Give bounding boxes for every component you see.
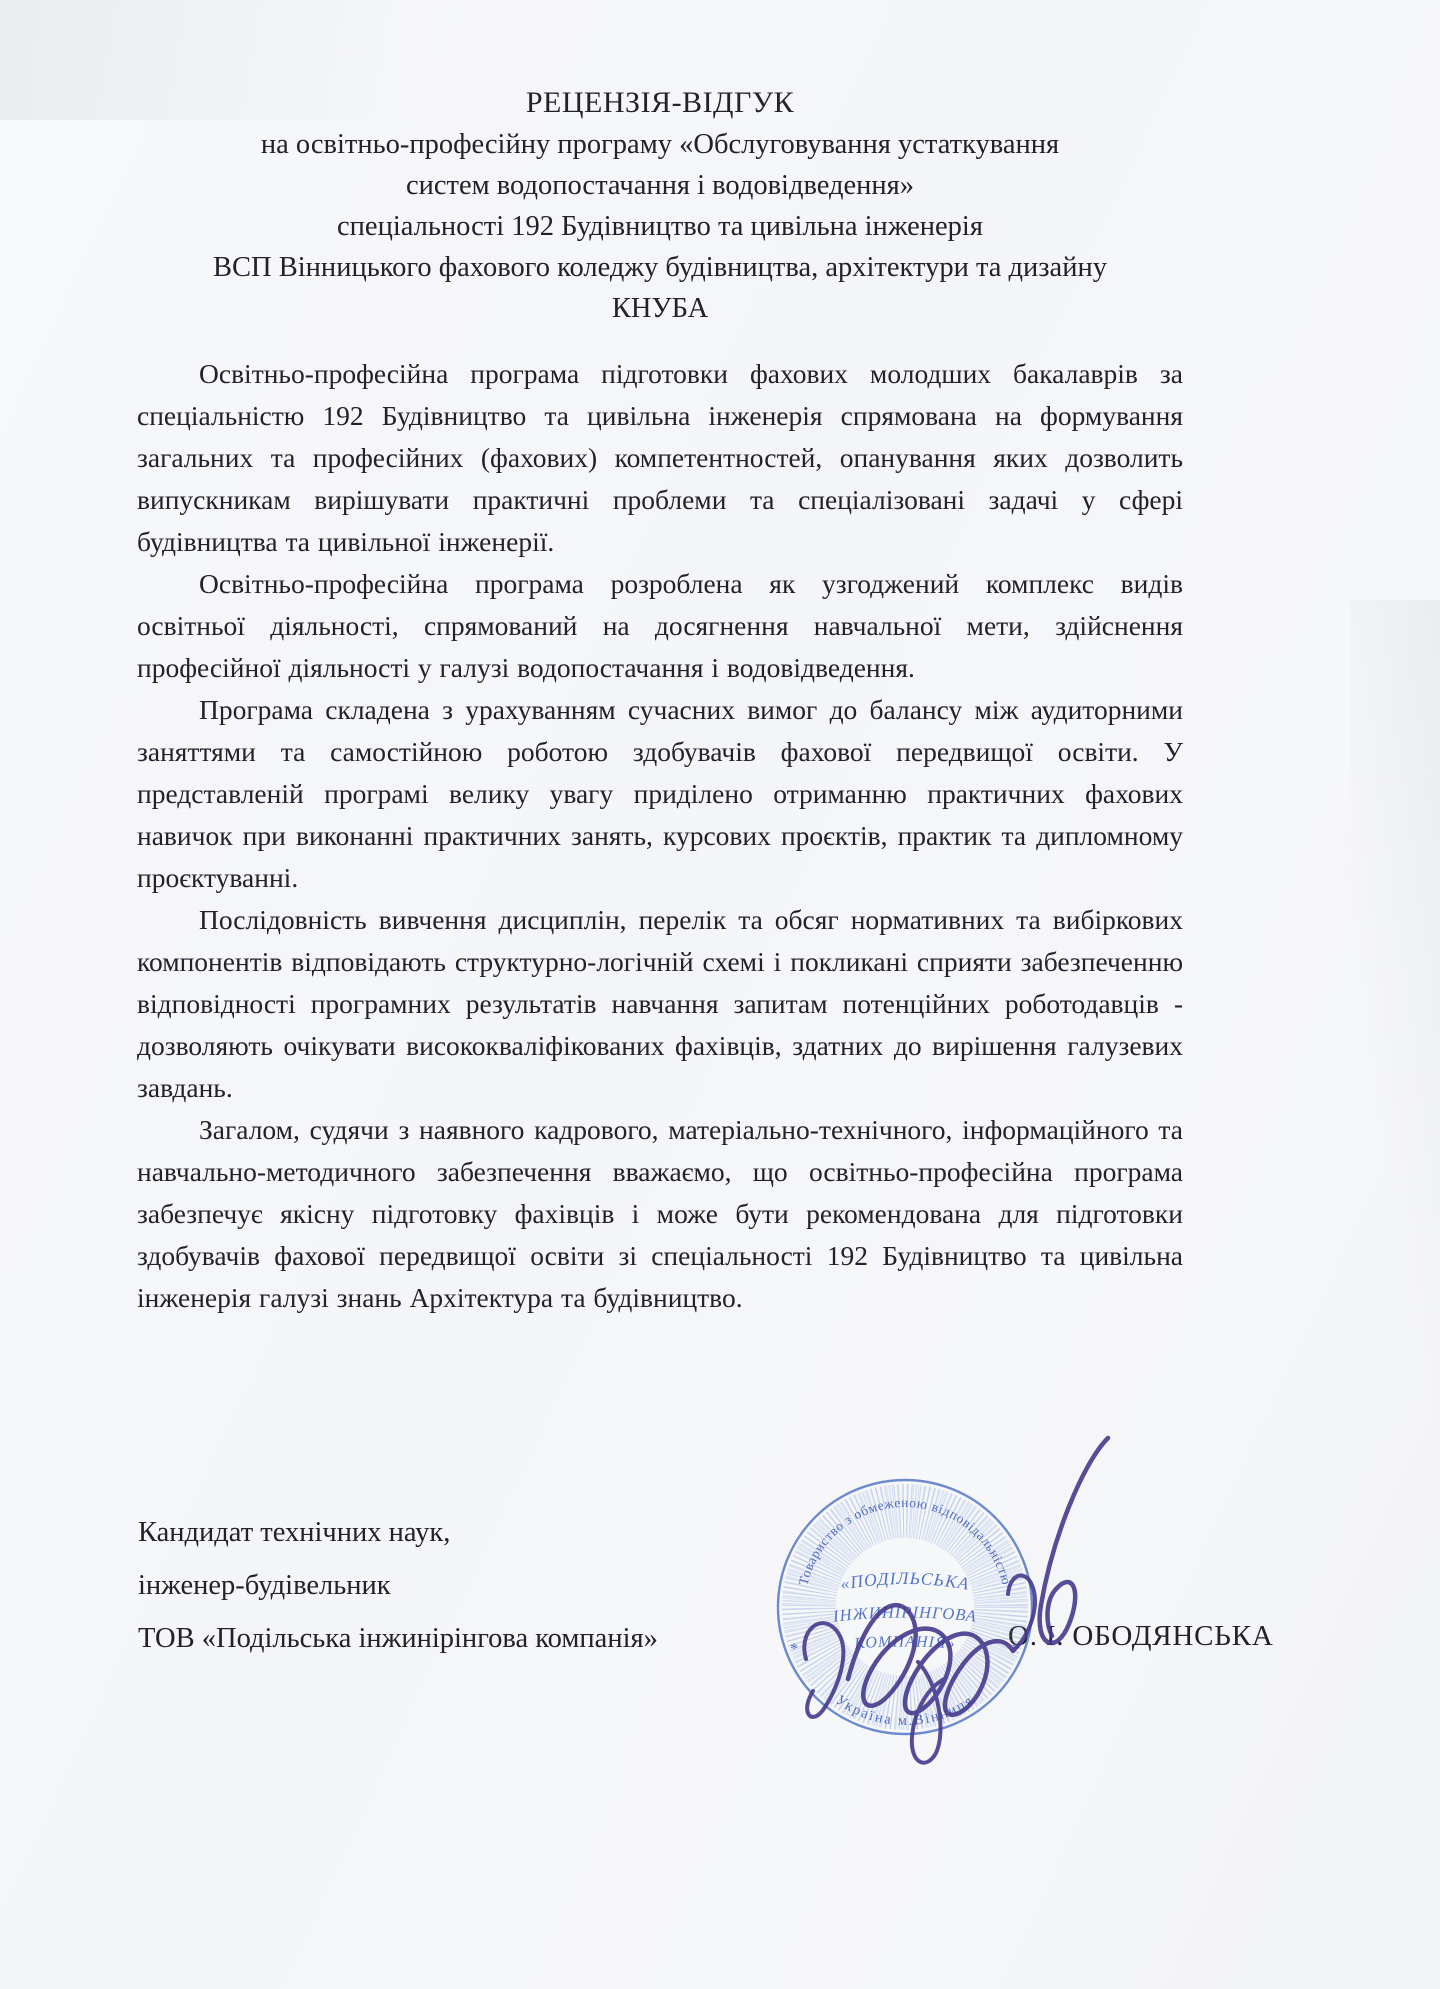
- subtitle-line-2: систем водопостачання і водовідведення»: [137, 165, 1183, 206]
- stamp-center-line-3: КОМПАНІЯ»: [853, 1633, 956, 1652]
- document-body: Освітньо-професійна програма підготовки …: [137, 353, 1183, 1319]
- document-title: РЕЦЕНЗІЯ-ВІДГУК: [137, 82, 1183, 123]
- signer-line-1: Кандидат технічних наук,: [138, 1506, 658, 1559]
- subtitle-line-4: ВСП Вінницького фахового коледжу будівни…: [137, 247, 1183, 288]
- stamp-and-signature: Товариство з обмеженою відповідальністю …: [740, 1422, 1130, 1772]
- signer-line-2: інженер-будівельник: [138, 1559, 658, 1612]
- stamp-center-line-1: «ПОДІЛЬСЬКА: [839, 1568, 971, 1594]
- paragraph-4: Послідовність вивчення дисциплін, перелі…: [137, 899, 1183, 1109]
- stamp-ring-top-text: Товариство з обмеженою відповідальністю: [796, 1495, 1015, 1587]
- scanned-review-document: РЕЦЕНЗІЯ-ВІДГУК на освітньо-професійну п…: [0, 0, 1440, 1989]
- stamp-ring-bottom-text: Україна м.Вінниця: [833, 1692, 978, 1729]
- stamp-center-line-2: ІНЖИНІРІНГОВА: [831, 1602, 978, 1625]
- subtitle-line-1: на освітньо-професійну програму «Обслуго…: [137, 124, 1183, 165]
- signer-line-3: ТОВ «Подільська інжинірінгова компанія»: [138, 1612, 658, 1665]
- company-round-stamp: Товариство з обмеженою відповідальністю …: [740, 1422, 1130, 1772]
- handwritten-signature: [804, 1438, 1108, 1763]
- paragraph-2: Освітньо-професійна програма розроблена …: [137, 563, 1183, 689]
- stamp-separator-left-icon: *: [790, 1641, 798, 1658]
- subtitle-line-3: спеціальності 192 Будівництво та цивільн…: [137, 206, 1183, 247]
- subtitle-line-5: КНУБА: [137, 288, 1183, 329]
- paragraph-1: Освітньо-професійна програма підготовки …: [137, 353, 1183, 563]
- document-header: РЕЦЕНЗІЯ-ВІДГУК на освітньо-професійну п…: [137, 82, 1183, 329]
- paragraph-5: Загалом, судячи з наявного кадрового, ма…: [137, 1109, 1183, 1319]
- signer-name: О. І. ОБОДЯНСЬКА: [1008, 1620, 1274, 1653]
- stamp-rings: [778, 1480, 1032, 1734]
- signer-credentials: Кандидат технічних наук, інженер-будівел…: [138, 1506, 658, 1665]
- paragraph-3: Програма складена з урахуванням сучасних…: [137, 689, 1183, 899]
